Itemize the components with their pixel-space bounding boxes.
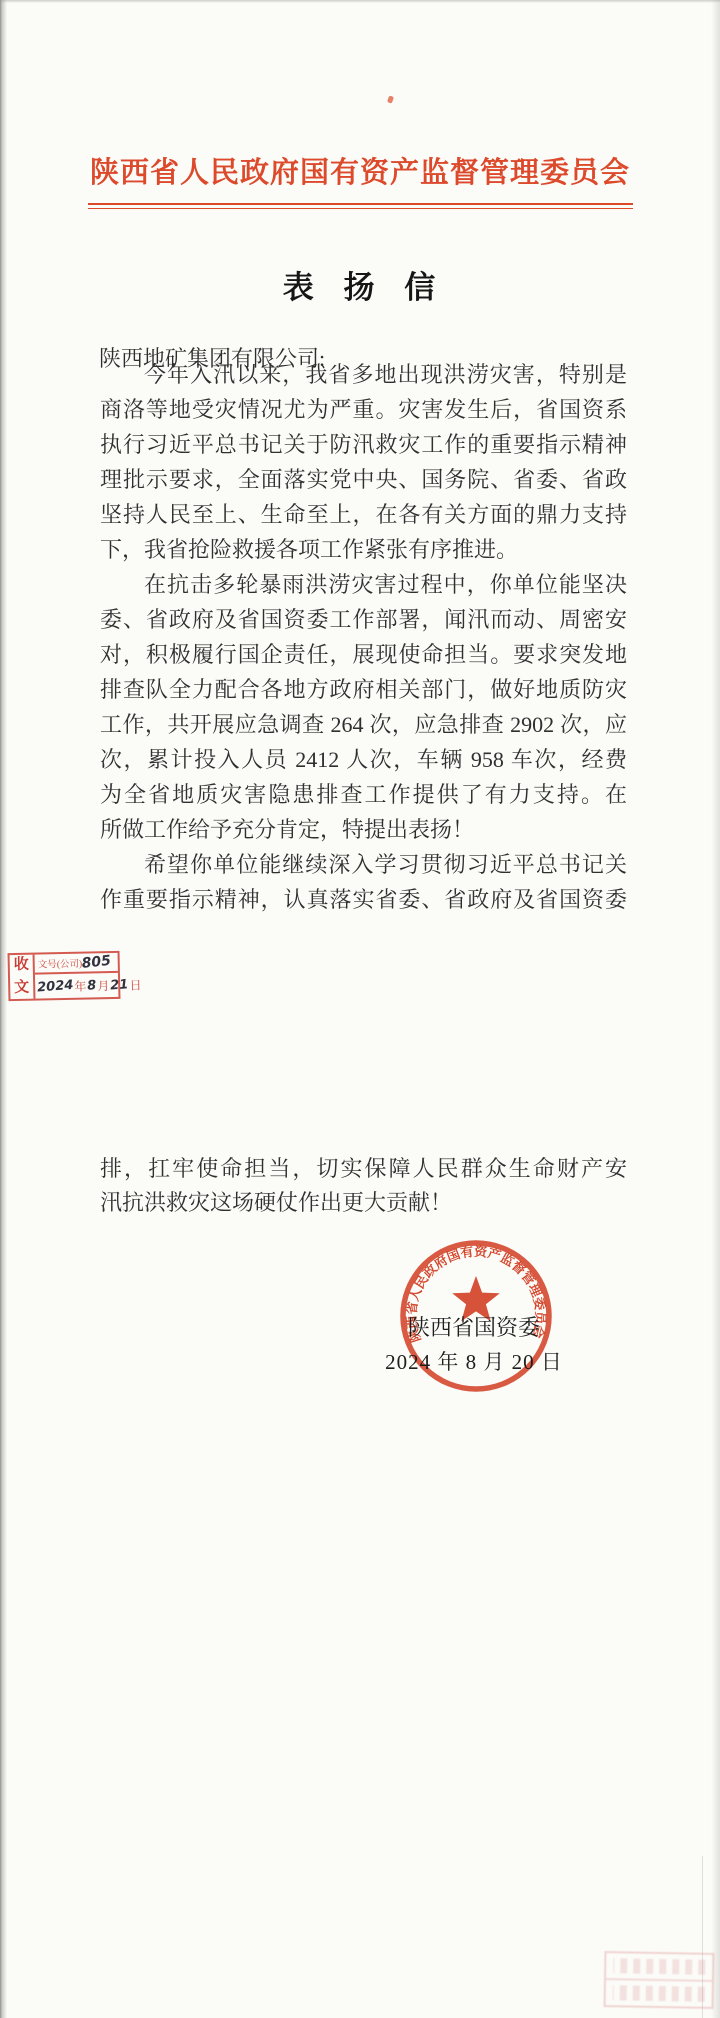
receipt-date-year: 2024 <box>37 977 74 995</box>
receipt-stamp: 收 文 文号(公司) 805 2024 年 8 月 21 日 <box>8 951 121 1001</box>
receipt-stamp-docno-row: 文号(公司) 805 <box>35 953 118 975</box>
body-line: 下，我省抢险救援各项工作紧张有序推进。 <box>100 532 627 567</box>
letterhead-org-name: 陕西省人民政府国有资产监督管理委员会 <box>0 150 720 191</box>
receipt-stamp-docno-label: 文号(公司) <box>38 956 83 971</box>
letter-page: 陕西省人民政府国有资产监督管理委员会 表 扬 信 陕西地矿集团有限公司: 今年入… <box>0 0 720 2018</box>
body-line: 对，积极履行国企责任，展现使命担当。要求突发地质灾害应急 <box>100 637 627 672</box>
body-line: 在抗击多轮暴雨洪涝灾害过程中，你单位能坚决贯彻落实省 <box>100 567 627 602</box>
ink-speck <box>387 95 394 103</box>
body-line: 所做工作给予充分肯定，特提出表扬！ <box>100 812 627 847</box>
receipt-date-day: 21 <box>110 977 129 993</box>
body-line: 排查队全力配合各地方政府相关部门，做好地质防灾和应急排查 <box>100 672 627 707</box>
body-line: 执行习近平总书记关于防汛救灾工作的重要指示精神和李强总 <box>100 427 627 462</box>
body-line: 排，扛牢使命担当，切实保障人民群众生命财产安全，为打赢防 <box>100 1152 627 1186</box>
signature-date: 2024 年 8 月 20 日 <box>384 1346 564 1376</box>
body-line: 委、省政府及省国资委工作部署，闻汛而动、周密安排、有效应 <box>100 602 627 637</box>
receipt-stamp-left-column: 收 文 <box>10 955 36 1000</box>
signature-org: 陕西省国资委 <box>384 1311 564 1342</box>
body-line: 商洛等地受灾情况尤为严重。灾害发生后，省国资系统坚决贯彻 <box>100 392 627 427</box>
letter-title: 表 扬 信 <box>0 262 720 307</box>
body-line: 作重要指示精神，认真落实省委、省政府及省国资委相关工作安 <box>100 882 627 917</box>
body-line: 希望你单位能继续深入学习贯彻习近平总书记关于救灾工 <box>100 847 627 882</box>
letter-body: 今年入汛以来，我省多地出现洪涝灾害，特别是宝鸡、汉中、商洛等地受灾情况尤为严重。… <box>100 357 627 917</box>
bleed-through-stamp <box>604 1951 715 2009</box>
receipt-stamp-date-row: 2024 年 8 月 21 日 <box>35 973 118 999</box>
receipt-date-year-label: 年 <box>74 977 86 994</box>
bleed-through-stamp-top-row <box>606 1953 712 1982</box>
receipt-date-month: 8 <box>87 978 97 994</box>
body-line: 汛抗洪救灾这场硬仗作出更大贡献！ <box>100 1186 627 1220</box>
letterhead-rule <box>88 203 633 209</box>
receipt-stamp-right-column: 文号(公司) 805 2024 年 8 月 21 日 <box>35 953 119 999</box>
letter-body-continued: 排，扛牢使命担当，切实保障人民群众生命财产安全，为打赢防汛抗洪救灾这场硬仗作出更… <box>100 1152 627 1220</box>
body-line: 为全省地质灾害隐患排查工作提供了有力支持。在此，对你单位 <box>100 777 627 812</box>
body-line: 今年入汛以来，我省多地出现洪涝灾害，特别是宝鸡、汉中、 <box>100 357 627 392</box>
receipt-stamp-char-top: 收 <box>14 958 29 973</box>
receipt-stamp-docno-value: 805 <box>81 953 112 972</box>
bleed-through-stamp-bottom-row <box>606 1980 712 2007</box>
body-line: 坚持人民至上、生命至上，在各有关方面的鼎力支持和无私帮助 <box>100 497 627 532</box>
body-line: 工作，共开展应急调查 264 次，应急排查 2902 次，应急巡查 696 <box>100 707 627 742</box>
receipt-stamp-char-bottom: 文 <box>14 981 29 996</box>
body-line: 理批示要求，全面落实党中央、国务院、省委、省政府决策部署， <box>100 462 627 497</box>
body-line: 次，累计投入人员 2412 人次，车辆 958 车次，经费 213.93 万元， <box>100 742 627 777</box>
scan-edge-top <box>0 0 720 3</box>
receipt-date-month-label: 月 <box>97 977 109 994</box>
receipt-date-day-label: 日 <box>129 976 141 993</box>
